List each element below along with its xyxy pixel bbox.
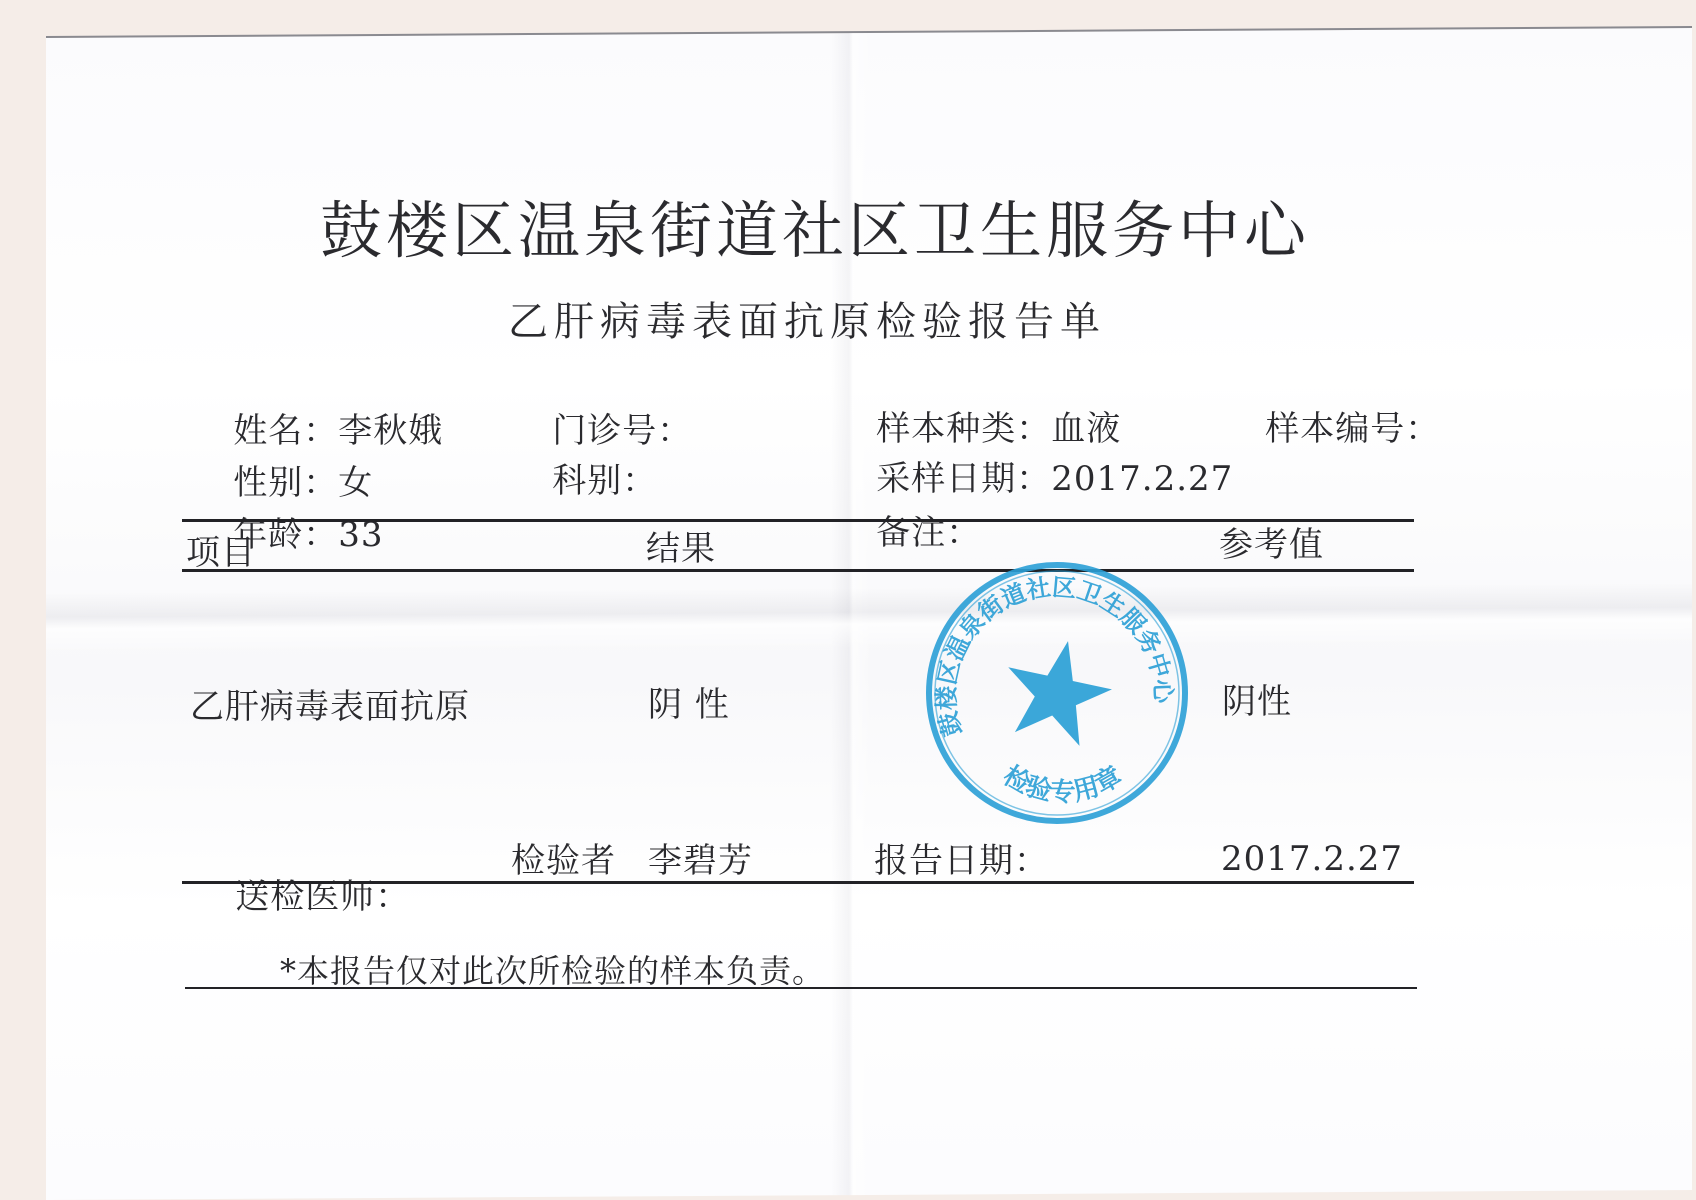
- stamp-inner-text: 检验专用章: [998, 760, 1127, 807]
- table-header-rule: [182, 569, 1414, 572]
- report-title: 乙肝病毒表面抗原检验报告单: [508, 302, 1106, 342]
- department-field: 科别：: [505, 430, 657, 532]
- star-icon: [995, 630, 1119, 750]
- paper-fold-horizontal: [46, 583, 1692, 653]
- table-top-rule: [182, 519, 1414, 522]
- row-item: 乙肝病毒表面抗原: [190, 690, 470, 724]
- header-reference: 参考值: [1219, 528, 1324, 562]
- row-result: 阴 性: [648, 688, 730, 722]
- report-date-value: 2017.2.27: [1221, 842, 1403, 876]
- row-reference: 阴性: [1222, 685, 1292, 719]
- signature-rule: [182, 881, 1414, 884]
- official-stamp: 鼓楼区温泉街道社区卫生服务中心 检验专用章: [922, 558, 1192, 828]
- sample-no-label: 样本编号：: [1265, 409, 1440, 449]
- institution-title: 鼓楼区温泉街道社区卫生服务中心: [320, 200, 1310, 262]
- referring-doctor-field: 送检医师：: [188, 846, 410, 948]
- inspector-value: 李碧芳: [648, 844, 753, 878]
- sample-no-field: 样本编号：: [1218, 378, 1440, 480]
- header-item: 项目: [186, 536, 256, 570]
- inspector-label: 检验者: [511, 844, 616, 878]
- svg-text:检验专用章: 检验专用章: [998, 760, 1127, 807]
- department-label: 科别：: [552, 461, 657, 501]
- report-date-label: 报告日期：: [874, 844, 1049, 878]
- sampling-date-value: 2017.2.27: [1051, 459, 1233, 499]
- header-result: 结果: [646, 532, 716, 566]
- disclaimer: *本报告仅对此次所检验的样本负责。: [280, 955, 825, 987]
- footer-rule: [185, 987, 1417, 989]
